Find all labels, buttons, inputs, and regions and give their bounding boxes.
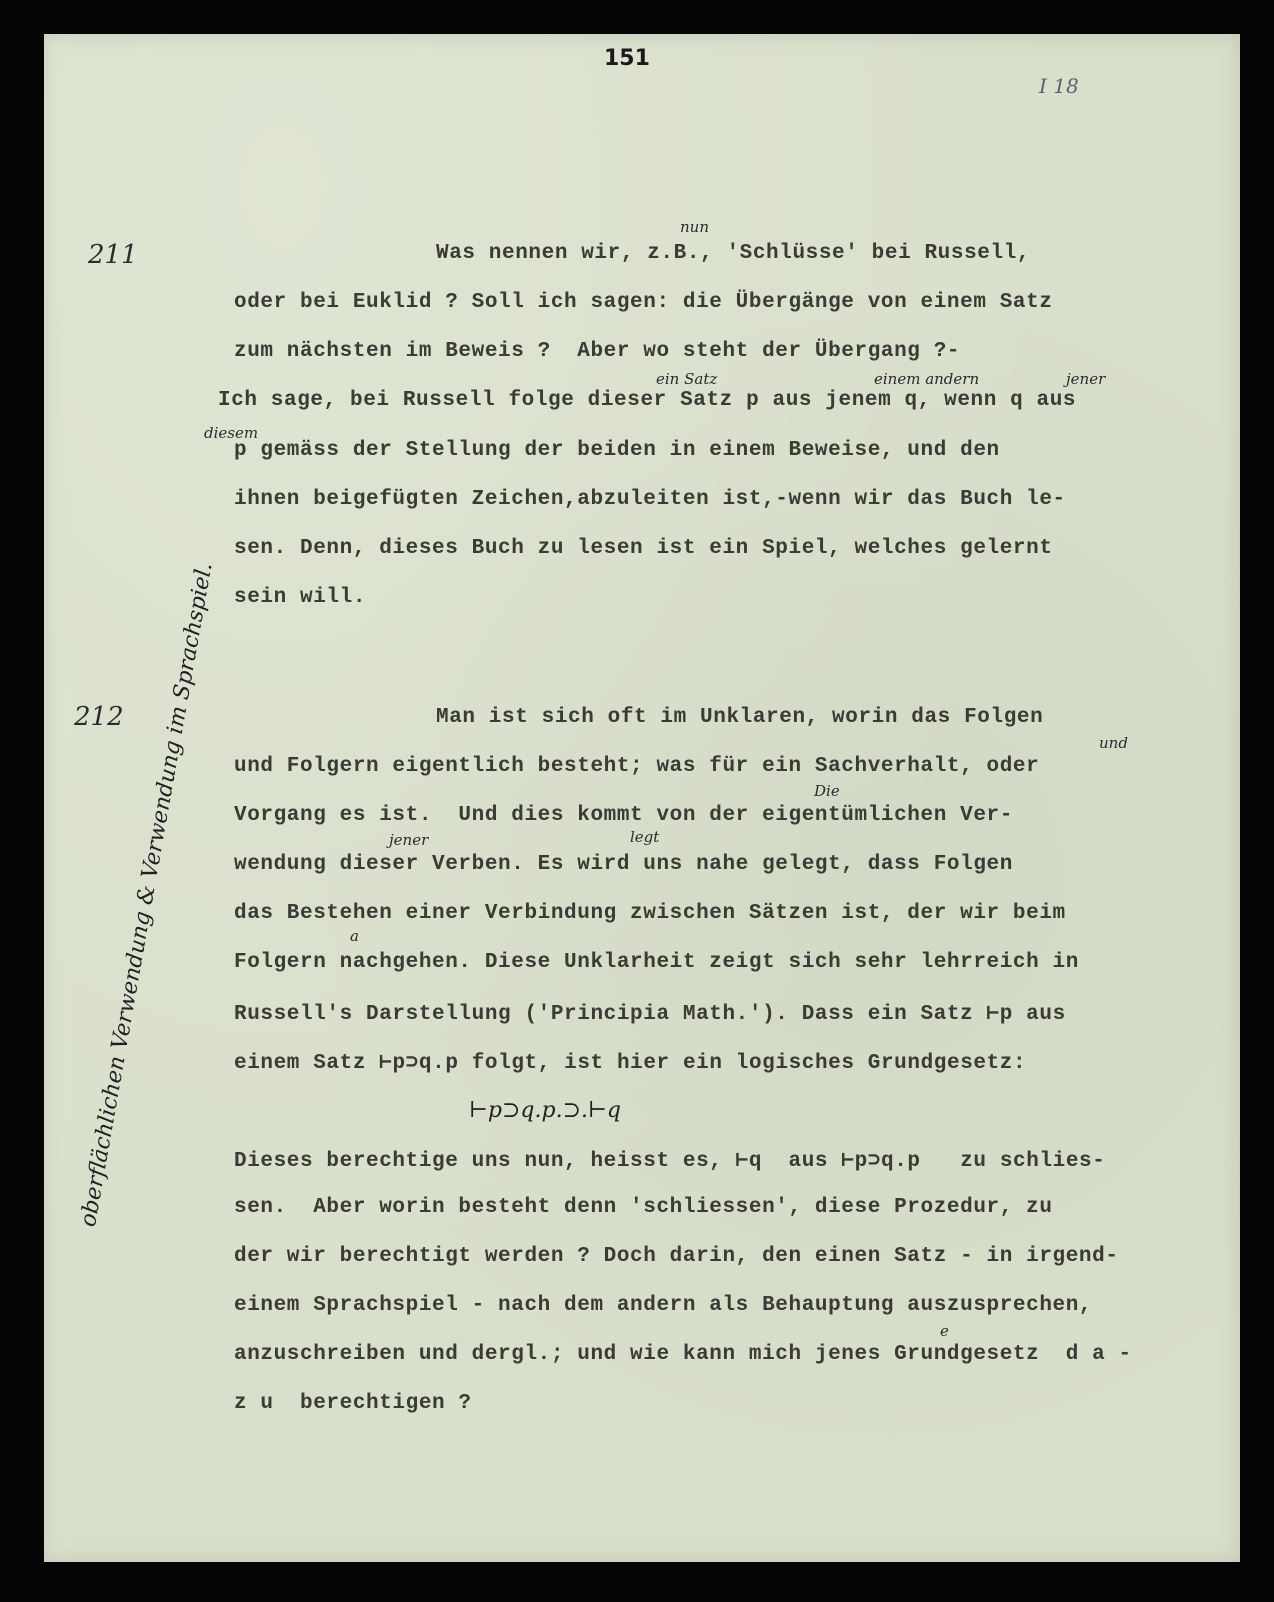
text-line: Dieses berechtige uns nun, heisst es, ⊢q…	[234, 1147, 1105, 1173]
text-line: einem Sprachspiel - nach dem andern als …	[234, 1294, 1092, 1317]
handwritten-insert: ein Satz	[656, 370, 717, 388]
text-line: sen. Denn, dieses Buch zu lesen ist ein …	[234, 537, 1053, 560]
margin-note: oberflächlichen Verwendung & Verwendung …	[74, 560, 221, 1229]
text-line: das Bestehen einer Verbindung zwischen S…	[234, 902, 1066, 925]
text-line: sein will.	[234, 586, 366, 609]
handwritten-insert: legt	[630, 828, 659, 846]
handwritten-insert: jener	[389, 831, 428, 849]
remark-number-212: 212	[74, 702, 124, 732]
text-line: und Folgern eigentlich besteht; was für …	[234, 755, 1039, 778]
handwritten-insert: einem andern	[874, 370, 979, 388]
text-line: anzuschreiben und dergl.; und wie kann m…	[234, 1343, 1132, 1366]
logical-formula: ⊢p⊃q.p.⊃.⊢q	[469, 1098, 621, 1123]
text-line: Folgern nachgehen. Diese Unklarheit zeig…	[234, 951, 1079, 974]
handwritten-insert: Die	[814, 782, 840, 800]
handwritten-insert: e	[940, 1322, 949, 1340]
text-line: p gemäss der Stellung der beiden in eine…	[234, 439, 1000, 462]
text-line: Man ist sich oft im Unklaren, worin das …	[436, 706, 1043, 729]
text-line: Was nennen wir, z.B., 'Schlüsse' bei Rus…	[436, 242, 1030, 265]
text-line: einem Satz ⊢p⊃q.p folgt, ist hier ein lo…	[234, 1049, 1026, 1075]
text-line: zum nächsten im Beweis ? Aber wo steht d…	[234, 340, 960, 363]
text-line: Ich sage, bei Russell folge dieser Satz …	[218, 389, 1076, 412]
text-line: Vorgang es ist. Und dies kommt von der e…	[234, 804, 1013, 827]
text-line: sen. Aber worin besteht denn 'schliessen…	[234, 1196, 1053, 1219]
text-line: oder bei Euklid ? Soll ich sagen: die Üb…	[234, 291, 1053, 314]
manuscript-page: 151 I 18 211 nun Was nennen wir, z.B., '…	[44, 34, 1240, 1562]
text-line: wendung dieser Verben. Es wird uns nahe …	[234, 853, 1013, 876]
folio-mark: I 18	[1039, 74, 1079, 98]
handwritten-insert: und	[1099, 734, 1128, 752]
page-number: 151	[604, 46, 650, 71]
text-line: Russell's Darstellung ('Principia Math.'…	[234, 1000, 1066, 1026]
text-line: der wir berechtigt werden ? Doch darin, …	[234, 1245, 1119, 1268]
text-line: ihnen beigefügten Zeichen,abzuleiten ist…	[234, 488, 1066, 511]
handwritten-insert: jener	[1066, 370, 1105, 388]
handwritten-insert: a	[350, 927, 359, 945]
handwritten-insert: nun	[680, 218, 709, 236]
remark-number-211: 211	[88, 240, 138, 270]
text-line: z u berechtigen ?	[234, 1392, 472, 1415]
